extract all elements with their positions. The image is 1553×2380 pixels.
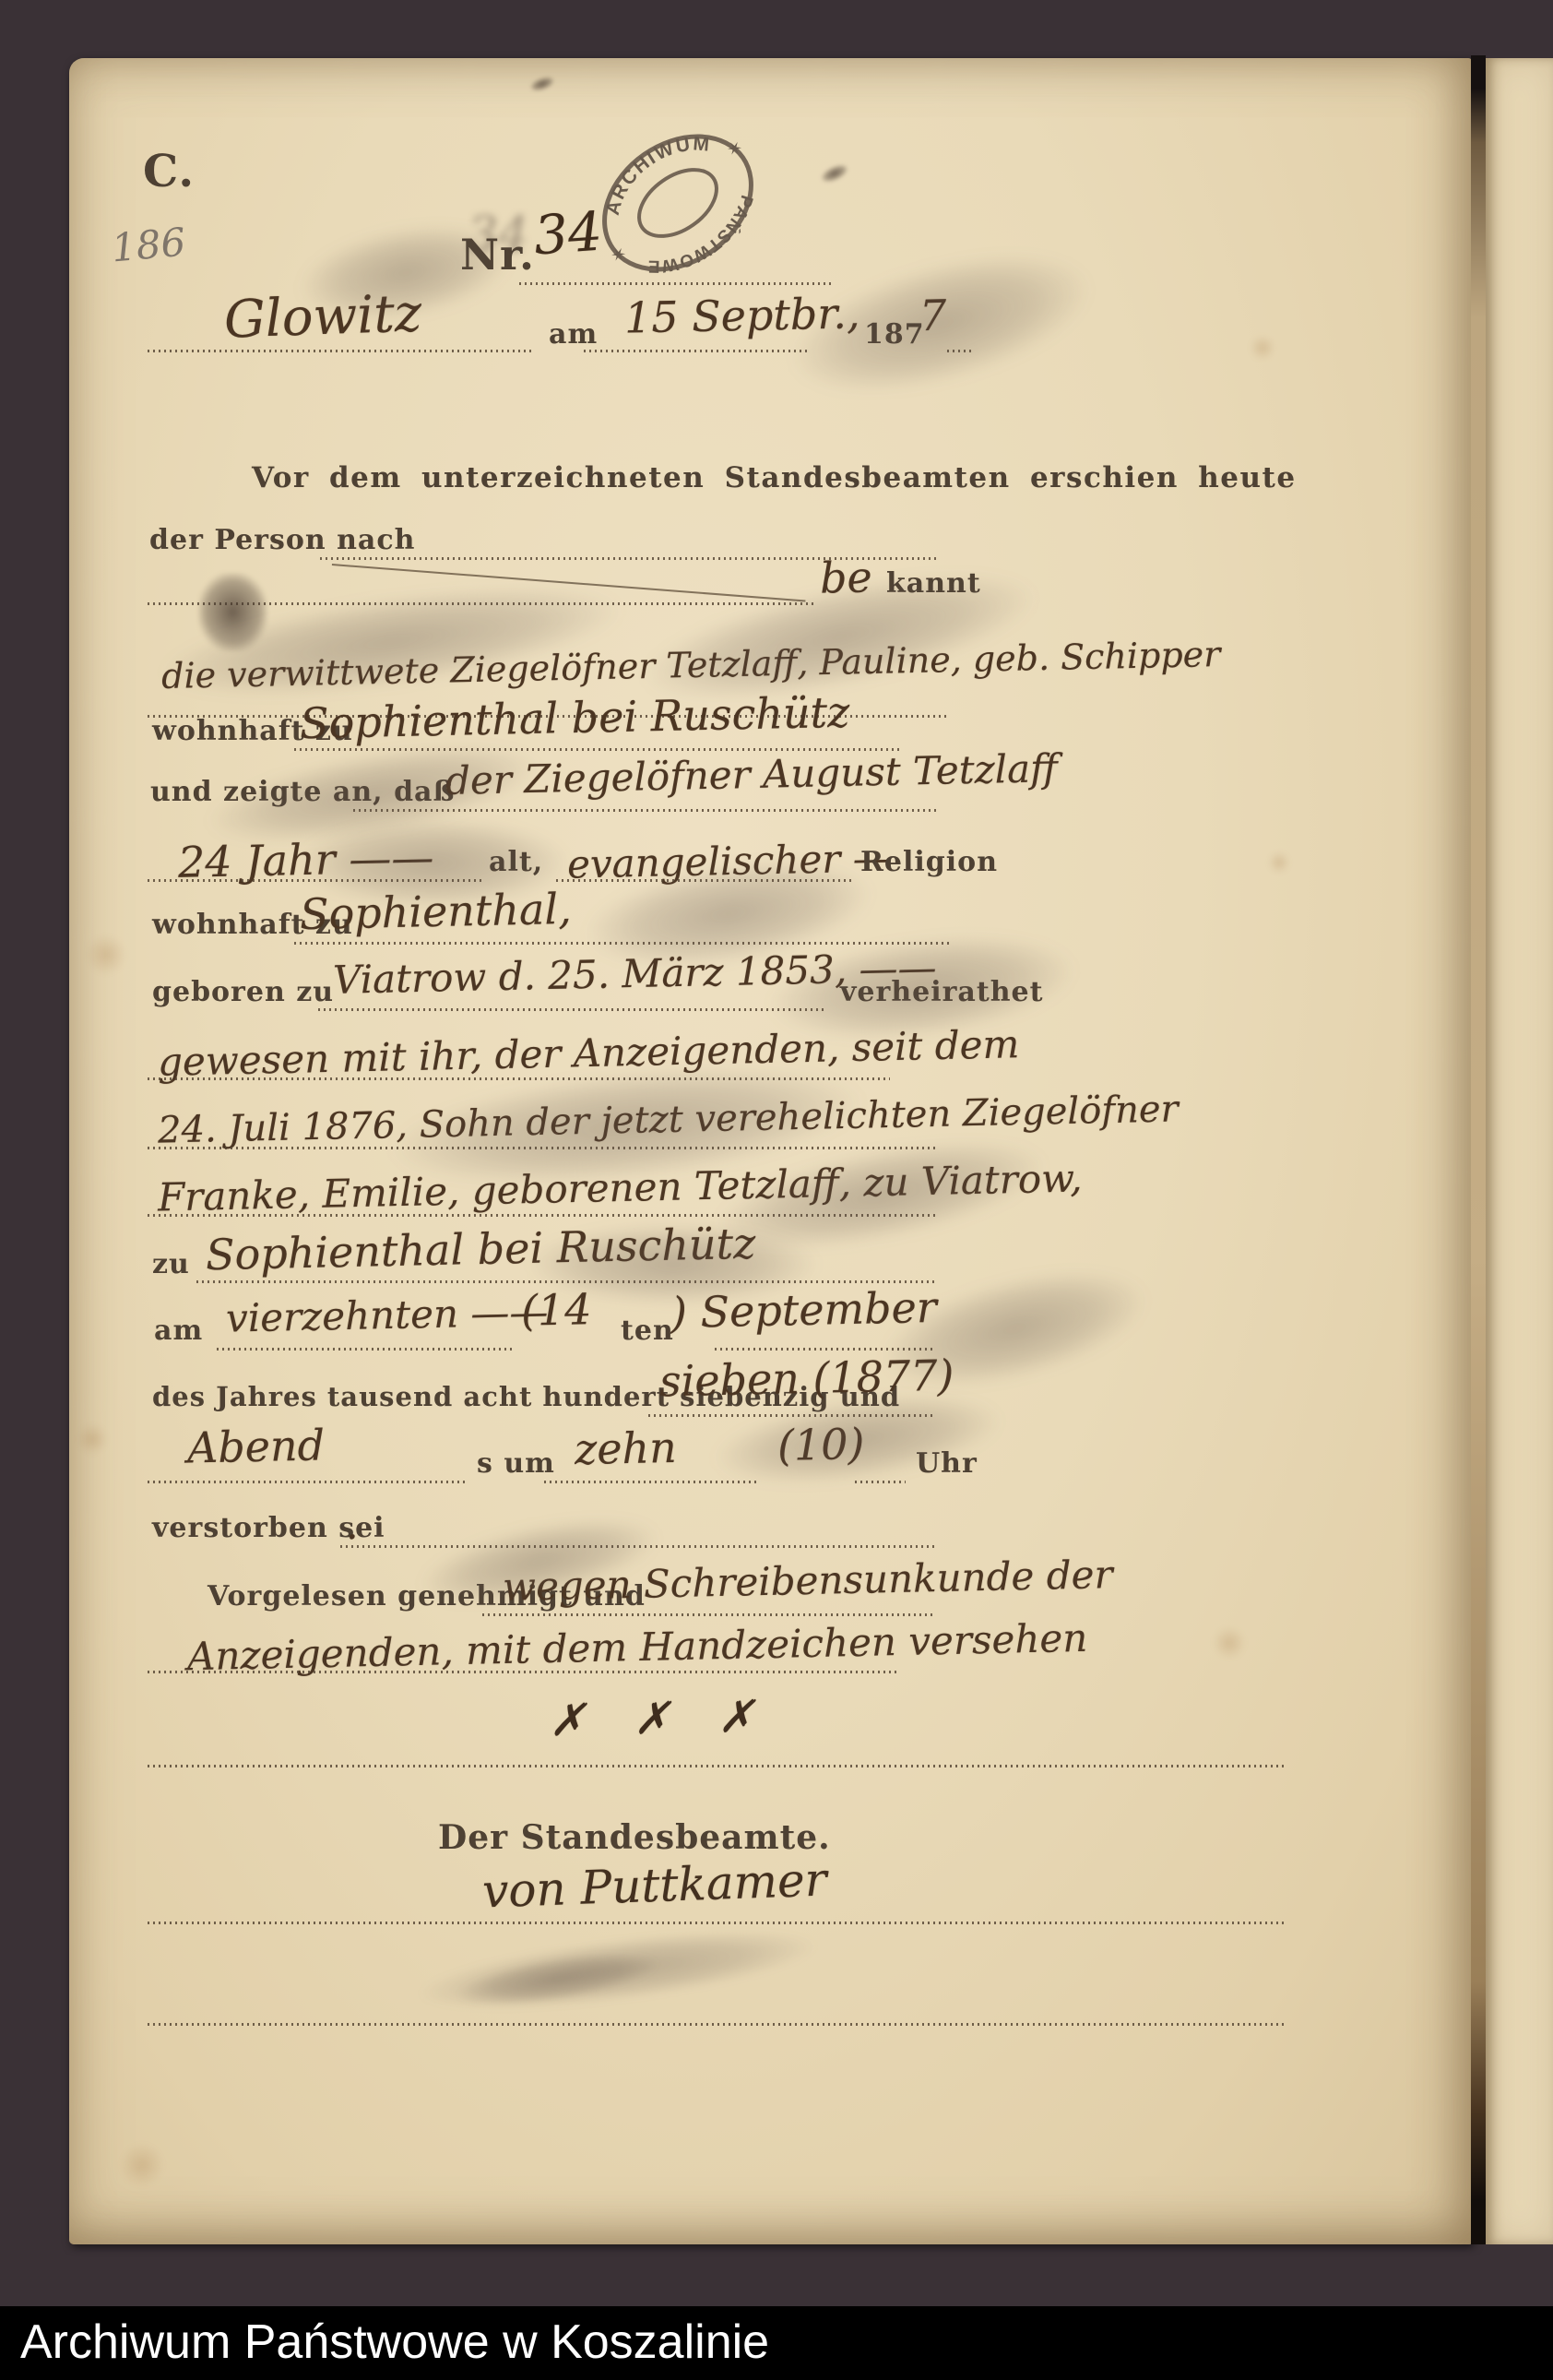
ink-smudge [293, 211, 517, 334]
archive-caption-bar: Archiwum Państwowe w Koszalinie [0, 2306, 1553, 2380]
printed-intro-sentence: Vor dem unterzeichneten Standesbeamten e… [252, 461, 1297, 494]
handwriting-hour-word: zehn [574, 1422, 677, 1474]
printed-am-label-2: am [154, 1315, 203, 1347]
printed-geboren-zu: geboren zu [152, 976, 334, 1008]
handwriting-death-day-word: vierzehnten —— [226, 1289, 549, 1340]
printed-am-label: am [549, 318, 598, 351]
facing-page-edge [1486, 58, 1553, 2244]
archive-caption-text: Archiwum Państwowe w Koszalinie [20, 2316, 769, 2368]
foxing-spot [1250, 335, 1275, 361]
dotted-line [148, 1481, 466, 1483]
dotted-line [584, 350, 807, 352]
registrar-signature: von Puttkamer [481, 1853, 827, 1919]
foxing-spot [77, 1423, 108, 1455]
dotted-line [148, 1765, 1286, 1767]
handwritten-cross-marks: ✗ ✗ ✗ [548, 1690, 771, 1746]
ink-smudge [873, 1249, 1156, 1408]
foxing-spot [86, 934, 126, 975]
printed-religion-label: Religion [860, 846, 998, 878]
dotted-line [148, 350, 535, 352]
svg-text:PAŃSTWOWE: PAŃSTWOWE [638, 186, 770, 294]
dotted-line [148, 2023, 1286, 2026]
printed-registrar-title: Der Standesbeamte. [438, 1818, 831, 1857]
form-section-letter: C. [143, 146, 195, 197]
handwriting-time-of-day: Abend [186, 1420, 325, 1472]
ink-smudge [300, 819, 567, 907]
book-binding-crease [1471, 55, 1486, 2244]
ink-smudge [530, 1225, 816, 1303]
foxing-spot [120, 2143, 164, 2187]
dotted-line [482, 1613, 936, 1616]
foxing-spot [1213, 1626, 1246, 1660]
dotted-line [148, 1922, 1286, 1924]
printed-person-nach: der Person nach [149, 524, 415, 556]
stamp-text-bottom: PAŃSTWOWE [638, 186, 770, 294]
ink-speck [529, 75, 556, 93]
archive-scan-page: { "footer": { "caption": "Archiwum Państ… [0, 0, 1553, 2380]
foxing-spot [1268, 851, 1290, 874]
dotted-line [318, 1008, 827, 1011]
printed-zu-label: zu [152, 1248, 190, 1280]
handwriting-verstorben-mark: . [345, 1503, 358, 1548]
printed-ten-label: ten [621, 1315, 674, 1347]
dotted-line [148, 1671, 899, 1673]
dotted-line [217, 1348, 514, 1351]
ink-speck [819, 161, 849, 184]
ink-smudge [778, 228, 1102, 418]
death-record-page: C. 186 34 Nr. 34 ARCHIWUM PAŃSTWOWE ✶ ✶ … [69, 58, 1473, 2244]
pencil-page-number: 186 [110, 220, 187, 271]
printed-s-um-label: s um [477, 1447, 555, 1480]
dotted-line [855, 1481, 906, 1483]
handwriting-illiterate-2: Anzeigenden, mit dem Handzeichen versehe… [187, 1615, 1088, 1679]
